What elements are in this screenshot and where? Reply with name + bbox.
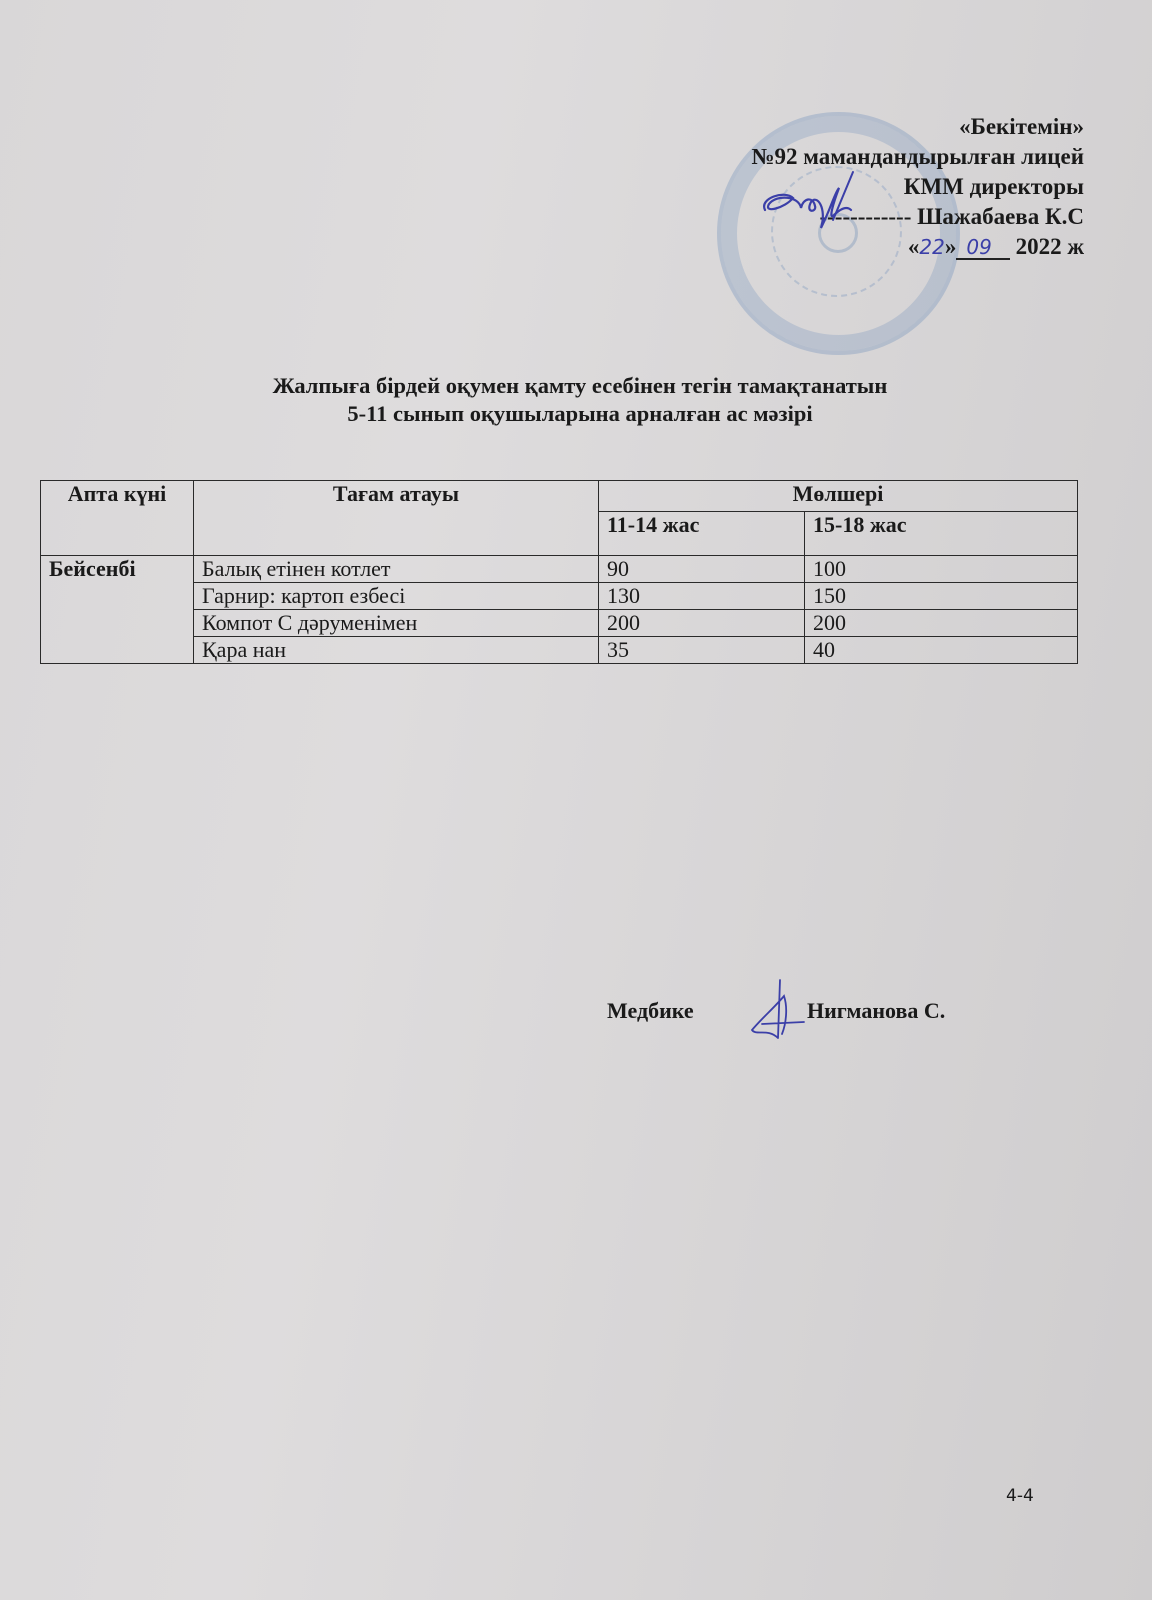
amount-15-18-cell: 100 [805, 556, 1078, 583]
document-page: «Бекітемін» №92 мамандандырылған лицей К… [0, 0, 1152, 1600]
nurse-role: Медбике [607, 998, 807, 1024]
amount-15-18-cell: 150 [805, 583, 1078, 610]
header-day: Апта күні [41, 481, 194, 556]
amount-11-14-cell: 35 [599, 637, 805, 664]
nurse-signature-block: МедбикеНигманова С. [607, 998, 945, 1024]
approval-date: «22»09 2022 ж [604, 232, 1084, 262]
header-age-11-14: 11-14 жас [599, 512, 805, 556]
amount-15-18-cell: 40 [805, 637, 1078, 664]
dish-cell: Гарнир: картоп езбесі [194, 583, 599, 610]
signature-dashes: ------------ [819, 204, 911, 229]
nurse-name: Нигманова С. [807, 998, 945, 1023]
menu-table: Апта күні Тағам атауы Мөлшері 11-14 жас … [40, 480, 1078, 664]
dish-cell: Компот С дәруменімен [194, 610, 599, 637]
table-row: Қара нан 35 40 [41, 637, 1078, 664]
header-age-15-18: 15-18 жас [805, 512, 1078, 556]
date-year: 2022 ж [1016, 234, 1084, 259]
amount-15-18-cell: 200 [805, 610, 1078, 637]
table-row: Гарнир: картоп езбесі 130 150 [41, 583, 1078, 610]
amount-11-14-cell: 130 [599, 583, 805, 610]
title-line-2: 5-11 сынып оқушыларына арналған ас мәзір… [80, 400, 1080, 428]
page-number: 4-4 [1006, 1486, 1034, 1506]
table-row: Бейсенбі Балық етінен котлет 90 100 [41, 556, 1078, 583]
amount-11-14-cell: 200 [599, 610, 805, 637]
day-cell: Бейсенбі [41, 556, 194, 664]
approval-director-line: ------------ Шажабаева К.С [604, 202, 1084, 232]
table-header-row: Апта күні Тағам атауы Мөлшері [41, 481, 1078, 512]
director-name: Шажабаева К.С [917, 204, 1084, 229]
header-dish: Тағам атауы [194, 481, 599, 556]
title-line-1: Жалпыға бірдей оқумен қамту есебінен тег… [80, 372, 1080, 400]
date-month: 09 [956, 236, 1009, 260]
date-day: 22 [919, 235, 944, 259]
date-quote-close: » [945, 234, 957, 259]
approval-block: «Бекітемін» №92 мамандандырылған лицей К… [604, 112, 1084, 262]
table-row: Компот С дәруменімен 200 200 [41, 610, 1078, 637]
dish-cell: Балық етінен котлет [194, 556, 599, 583]
dish-cell: Қара нан [194, 637, 599, 664]
amount-11-14-cell: 90 [599, 556, 805, 583]
approval-heading: «Бекітемін» [604, 112, 1084, 142]
header-amount: Мөлшері [599, 481, 1078, 512]
approval-org: №92 мамандандырылған лицей [604, 142, 1084, 172]
approval-position: КММ директоры [604, 172, 1084, 202]
document-title: Жалпыға бірдей оқумен қамту есебінен тег… [80, 372, 1080, 428]
date-quote-open: « [908, 234, 920, 259]
